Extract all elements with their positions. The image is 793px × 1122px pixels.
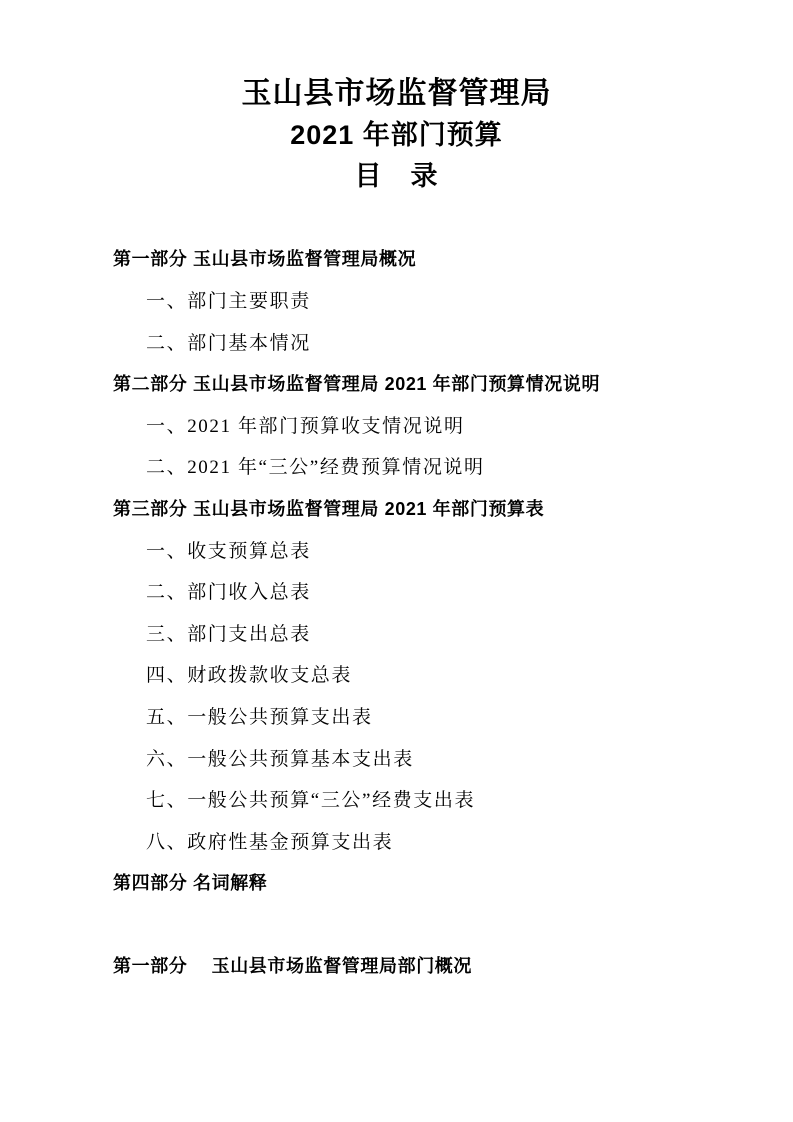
toc-section-2-heading: 第二部分 玉山县市场监督管理局 2021 年部门预算情况说明	[0, 364, 793, 406]
toc-section-3-item-2: 二、部门收入总表	[0, 572, 793, 614]
document-title: 玉山县市场监督管理局	[0, 73, 793, 115]
toc-section-3-item-4: 四、财政拨款收支总表	[0, 655, 793, 697]
toc-section-3-item-1: 一、收支预算总表	[0, 531, 793, 573]
document-page: 玉山县市场监督管理局 2021 年部门预算 目 录 第一部分 玉山县市场监督管理…	[0, 0, 793, 1122]
toc-section-1-item-2: 二、部门基本情况	[0, 323, 793, 365]
spacer	[0, 198, 793, 240]
toc-section-3-item-5: 五、一般公共预算支出表	[0, 697, 793, 739]
toc-section-2-item-2: 二、2021 年“三公”经费预算情况说明	[0, 447, 793, 489]
body-section-1-heading: 第一部分 玉山县市场监督管理局部门概况	[0, 946, 793, 988]
document-content: 玉山县市场监督管理局 2021 年部门预算 目 录 第一部分 玉山县市场监督管理…	[0, 0, 793, 988]
toc-section-3-item-8: 八、政府性基金预算支出表	[0, 822, 793, 864]
toc-section-3-item-6: 六、一般公共预算基本支出表	[0, 739, 793, 781]
toc-section-3-heading: 第三部分 玉山县市场监督管理局 2021 年部门预算表	[0, 489, 793, 531]
toc-title: 目 录	[0, 156, 793, 198]
toc-section-1-item-1: 一、部门主要职责	[0, 281, 793, 323]
toc-section-2-item-1: 一、2021 年部门预算收支情况说明	[0, 406, 793, 448]
document-subtitle-year: 2021 年部门预算	[0, 115, 793, 157]
spacer	[0, 905, 793, 947]
toc-section-4-heading: 第四部分 名词解释	[0, 863, 793, 905]
toc-section-3-item-7: 七、一般公共预算“三公”经费支出表	[0, 780, 793, 822]
toc-section-1-heading: 第一部分 玉山县市场监督管理局概况	[0, 239, 793, 281]
toc-section-3-item-3: 三、部门支出总表	[0, 614, 793, 656]
